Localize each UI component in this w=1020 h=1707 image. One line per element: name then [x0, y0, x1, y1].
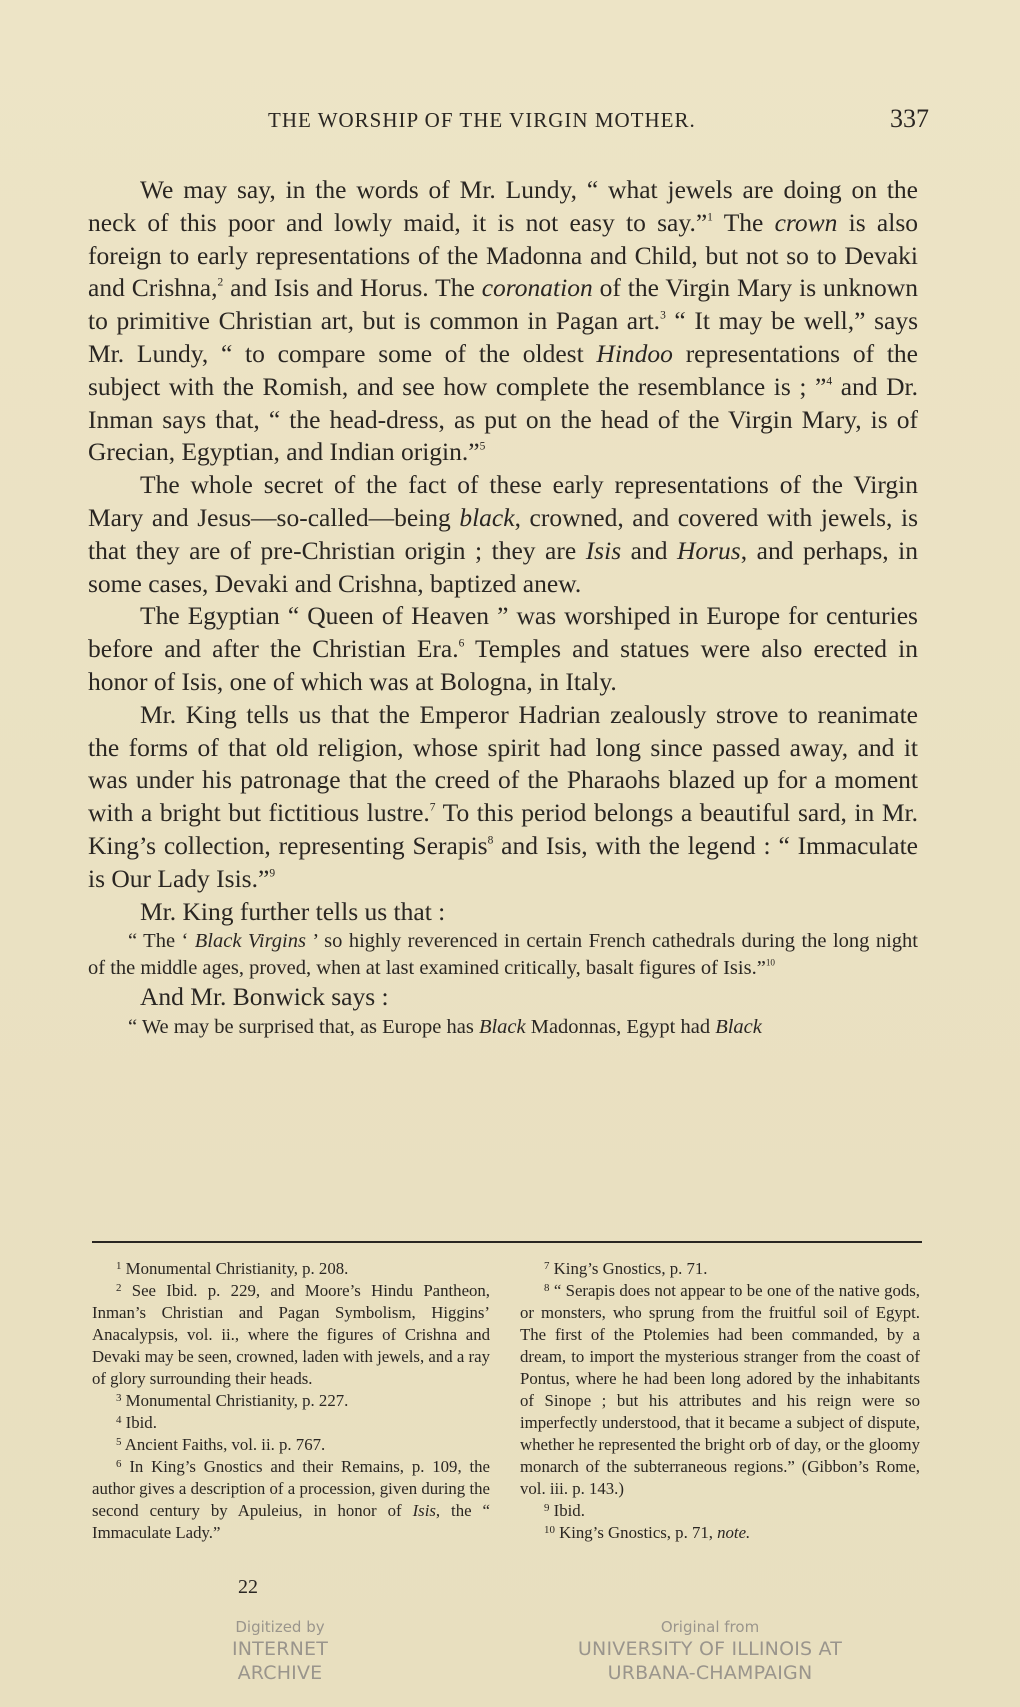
paragraph-5: Mr. King further tells us that : — [88, 896, 918, 929]
footnote-divider — [92, 1241, 922, 1243]
paragraph-6: And Mr. Bonwick says : — [88, 981, 918, 1014]
footnotes-right-column: 7 King’s Gnostics, p. 71. 8 “ Serapis do… — [520, 1258, 920, 1544]
footnote-5: 5 Ancient Faiths, vol. ii. p. 767. — [92, 1434, 490, 1456]
paragraph-2: The whole secret of the fact of these ea… — [88, 469, 918, 600]
footnote-3: 3 Monumental Christianity, p. 227. — [92, 1390, 490, 1412]
block-quote-king: “ The ‘ Black Virgins ’ so highly revere… — [88, 928, 918, 981]
footnote-4: 4 Ibid. — [92, 1412, 490, 1434]
page-number: 337 — [890, 104, 929, 134]
paragraph-4: Mr. King tells us that the Emperor Hadri… — [88, 699, 918, 896]
signature-mark: 22 — [238, 1576, 258, 1599]
footnote-ref-10[interactable]: 10 — [766, 958, 775, 968]
main-text: We may say, in the words of Mr. Lundy, “… — [88, 174, 918, 1041]
footnote-9: 9 Ibid. — [520, 1500, 920, 1522]
block-quote-bonwick: “ We may be surprised that, as Europe ha… — [88, 1014, 918, 1041]
footnote-8: 8 “ Serapis does not appear to be one of… — [520, 1280, 920, 1500]
footnote-2: 2 See Ibid. p. 229, and Moore’s Hindu Pa… — [92, 1280, 490, 1390]
paragraph-1: We may say, in the words of Mr. Lundy, “… — [88, 174, 918, 469]
running-title: THE WORSHIP OF THE VIRGIN MOTHER. — [268, 108, 696, 133]
original-from-watermark: Original from UNIVERSITY OF ILLINOIS AT … — [575, 1617, 845, 1685]
paragraph-3: The Egyptian “ Queen of Heaven ” was wor… — [88, 600, 918, 698]
footnote-ref-9[interactable]: 9 — [269, 867, 275, 879]
footnote-10: 10 King’s Gnostics, p. 71, note. — [520, 1522, 920, 1544]
footnote-1: 1 Monumental Christianity, p. 208. — [92, 1258, 490, 1280]
digitized-by-watermark: Digitized by INTERNET ARCHIVE — [200, 1617, 360, 1685]
footnote-7: 7 King’s Gnostics, p. 71. — [520, 1258, 920, 1280]
footnotes-left-column: 1 Monumental Christianity, p. 208. 2 See… — [92, 1258, 490, 1544]
running-head: THE WORSHIP OF THE VIRGIN MOTHER. 337 — [0, 108, 1020, 138]
book-page: THE WORSHIP OF THE VIRGIN MOTHER. 337 We… — [0, 0, 1020, 1707]
footnote-ref-5[interactable]: 5 — [480, 441, 486, 453]
footnote-6: 6 In King’s Gnostics and their Remains, … — [92, 1456, 490, 1544]
